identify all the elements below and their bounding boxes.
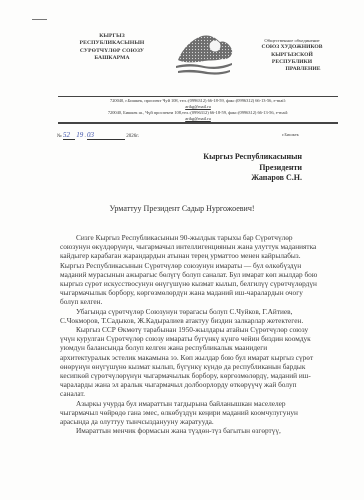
paragraph: Имараттын менчик формасын жана түздөн-тү…	[60, 426, 318, 435]
scan-mark	[32, 19, 47, 20]
header-divider	[58, 96, 338, 97]
addressee-line: Кыргыз Республикасынын	[203, 152, 302, 163]
reference-number: 52	[63, 131, 75, 140]
paragraph: Убагында сүрөтчүлөр Союзунун төрагасы бо…	[60, 307, 318, 325]
reference-year: 2026г.	[126, 134, 139, 139]
address-ru: 720040, г.Бишкек, проспект Чуй 108, тел.…	[58, 98, 338, 109]
org-line: РЕСПУБЛИКАСЫНЫН	[62, 40, 162, 47]
city-label: г.Бишкек	[282, 132, 299, 137]
address-kg: 720040, Бишкек ш., Чүй проспекти 108,тел…	[58, 110, 338, 121]
reference-line: № 52 19 . 03 2026г.	[57, 131, 139, 140]
number-sign: №	[57, 134, 62, 139]
paragraph: Сизге Кыргыз Республикасынын 90-жылдык т…	[60, 233, 318, 261]
addressee-block: Кыргыз Республикасынын Президенти Жапаро…	[203, 152, 302, 184]
addressee-line: Жапаров С.Н.	[203, 173, 302, 184]
artists-union-logo-icon	[170, 30, 236, 76]
header-divider	[58, 122, 338, 124]
org-line: КЫРГЫЗ	[62, 33, 162, 40]
org-subtitle: Общественное объединение	[244, 37, 340, 44]
letterhead-right-org: Общественное объединение СОЮЗ ХУДОЖНИКОВ…	[244, 37, 340, 73]
paragraph: Кыргыз Республикасынын Сүрөтчүлөр союзун…	[60, 261, 318, 307]
org-line: БАШКАРМА	[62, 55, 162, 62]
org-line: РЕСПУБЛИКИ	[244, 59, 340, 66]
addressee-line: Президенти	[203, 163, 302, 174]
org-line: КЫРГЫЗСКОЙ	[244, 52, 340, 59]
letter-body: Сизге Кыргыз Республикасынын 90-жылдык т…	[60, 233, 318, 435]
reference-day: 19	[76, 131, 83, 139]
greeting: Урматтуу Президент Садыр Нургожоевич!	[40, 204, 324, 213]
reference-month: 03	[87, 131, 125, 140]
org-line: СОЮЗ ХУДОЖНИКОВ	[244, 44, 340, 51]
email-link[interactable]: artkg@mail.ru	[58, 104, 338, 110]
paragraph: Кыргыз ССР Өкмөтү тарабынан 1950-жылдары…	[60, 325, 318, 399]
org-line: СУРӨТЧҮЛӨР СОЮЗУ	[62, 48, 162, 55]
email-link[interactable]: artkg@mail.ru	[58, 116, 338, 122]
letter-page: КЫРГЫЗ РЕСПУБЛИКАСЫНЫН СУРӨТЧҮЛӨР СОЮЗУ …	[0, 0, 364, 500]
paragraph: Азыркы учурда бул имараттын тагдырына ба…	[60, 399, 318, 427]
org-line: ПРАВЛЕНИЕ	[244, 66, 340, 73]
letterhead-left-org: КЫРГЫЗ РЕСПУБЛИКАСЫНЫН СУРӨТЧҮЛӨР СОЮЗУ …	[62, 33, 162, 62]
